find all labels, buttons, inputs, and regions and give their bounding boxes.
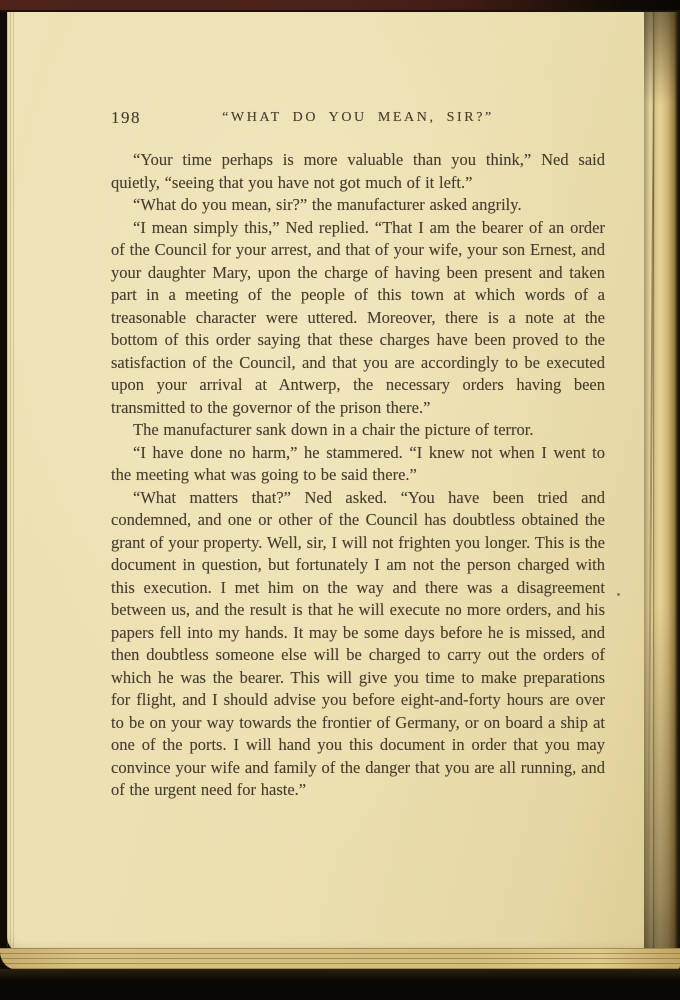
paragraph: “I have done no harm,” he stammered. “I …: [111, 442, 605, 487]
page-number: 198: [111, 108, 141, 128]
page: 198 “WHAT DO YOU MEAN, SIR?” “Your time …: [7, 9, 653, 953]
bottom-edge-lines: [0, 948, 680, 970]
book-binding-top: [0, 0, 680, 12]
paragraph: The manufacturer sank down in a chair th…: [111, 419, 605, 442]
page-crease: [647, 8, 656, 970]
left-page-edge-lines: [7, 9, 16, 953]
text-column: 198 “WHAT DO YOU MEAN, SIR?” “Your time …: [111, 108, 605, 802]
book-page-edges-bottom: [0, 948, 680, 1000]
paper-speck: [617, 593, 620, 596]
paragraph: “Your time perhaps is more valuable than…: [111, 149, 605, 194]
running-header-title: “WHAT DO YOU MEAN, SIR?”: [111, 108, 605, 126]
running-header-row: 198 “WHAT DO YOU MEAN, SIR?”: [111, 108, 605, 130]
paragraph: “I mean simply this,” Ned replied. “That…: [111, 217, 605, 420]
bottom-black-strip: [0, 969, 680, 1000]
paragraph: “What matters that?” Ned asked. “You hav…: [111, 487, 605, 802]
body-text: “Your time perhaps is more valuable than…: [111, 149, 605, 802]
book-page-edges-right: [644, 8, 680, 970]
paragraph: “What do you mean, sir?” the manufacture…: [111, 194, 605, 217]
